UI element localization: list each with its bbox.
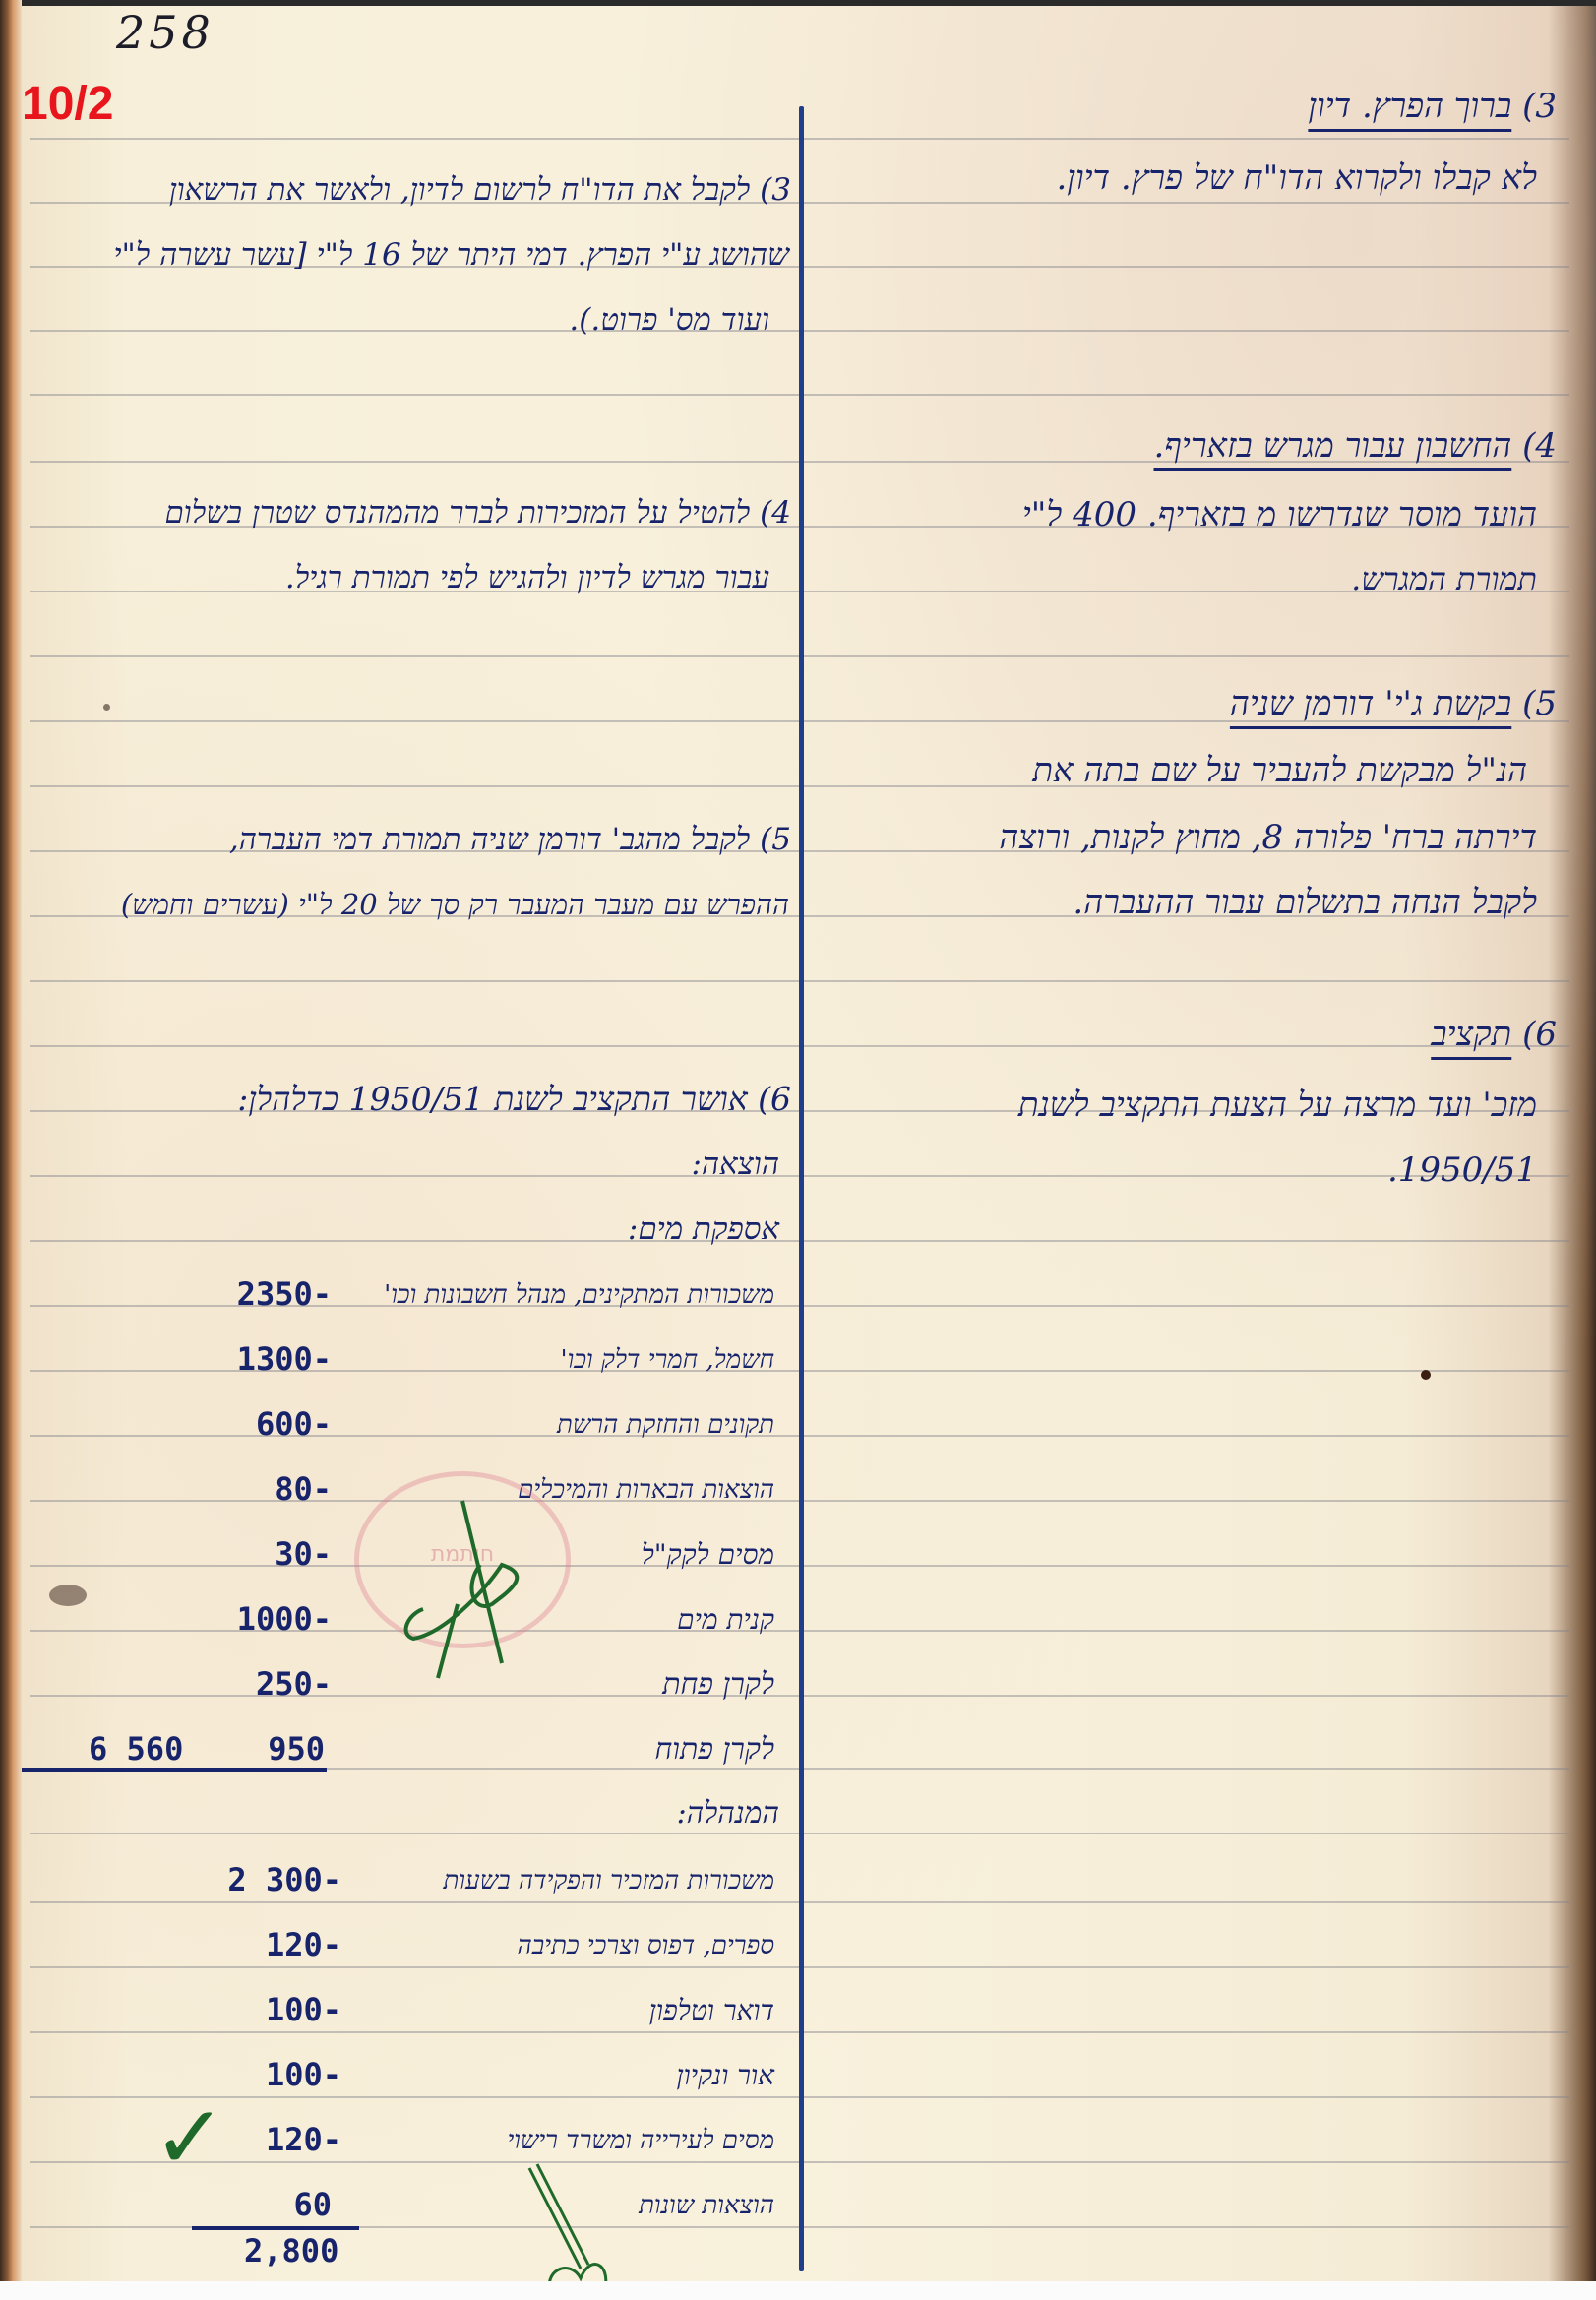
- ledger-page: 258 10/2 3) ברוך הפרץ. דיון לא קבלו ולקר…: [0, 0, 1596, 2300]
- item-number: 4: [771, 495, 791, 530]
- item-line: לא קבלו ולקרוא הדו"ח של פרץ. דיון.: [1056, 146, 1537, 211]
- budget-item-amount: 100-: [266, 1991, 341, 2028]
- budget-item-amount: 250-: [256, 1665, 332, 1703]
- item-number: 3: [1535, 87, 1557, 126]
- admin-total: 2,800: [244, 2232, 338, 2269]
- item-line: הועד מוסר שנדרשו מ בזאריף. 400 ל"י: [1022, 482, 1537, 547]
- decision-line: להטיל על המזכירות לברר מהמהנדס שטרן בשלו…: [164, 495, 750, 530]
- decision-line: שהושג ע"י הפרץ. דמי היתר של 16 ל"י [עשר …: [113, 222, 789, 287]
- budget-item-amount: 60: [293, 2186, 332, 2223]
- decision-4: 4) להטיל על המזכירות לברר מהמהנדס שטרן ב…: [164, 480, 791, 545]
- item-number: 3: [771, 172, 791, 208]
- admin-total-underline: [192, 2226, 359, 2230]
- budget-item-label: לקרן פחת: [662, 1652, 774, 1717]
- budget-item-amount: 600-: [256, 1405, 332, 1443]
- budget-item-amount: 2 300-: [227, 1861, 341, 1898]
- budget-category-water: אספקת מים:: [628, 1197, 779, 1262]
- budget-expense-label: הוצאה:: [691, 1132, 779, 1197]
- green-signature: [403, 1496, 561, 1693]
- column-divider: [799, 106, 804, 2271]
- budget-item-amount: 30-: [275, 1535, 332, 1573]
- agenda-item-3: 3) ברוך הפרץ. דיון: [1308, 74, 1557, 139]
- item-line: תמורת המגרש.: [1351, 546, 1537, 611]
- ink-dot: [103, 704, 110, 711]
- agenda-item-6: 6) תקציב: [1431, 1002, 1557, 1067]
- item-number: 4: [1535, 426, 1557, 466]
- page-number: 258: [116, 6, 215, 59]
- item-number: 6: [1535, 1015, 1557, 1054]
- budget-item-amount: 100-: [266, 2056, 341, 2093]
- item-heading: בקשת ג'י' דורמן שניה: [1230, 684, 1511, 723]
- budget-title: 6) אושר התקציב לשנת 1950/51 כדלהלן:: [237, 1067, 791, 1132]
- budget-item-label: קנית מים: [677, 1587, 774, 1652]
- item-line: דירתה ברח' פלורה 8, מחוץ לקנות, ורוצה: [999, 805, 1537, 870]
- budget-item-amount: 2350-: [237, 1275, 332, 1313]
- decision-5: 5) לקבל מהגב' דורמן שניה תמורת דמי העברה…: [229, 807, 791, 872]
- scan-bottom-edge: [0, 2281, 1596, 2300]
- budget-category-admin: המנהלה:: [677, 1781, 779, 1846]
- budget-item-amount: 120-: [266, 1926, 341, 1963]
- ink-stain: [49, 1585, 87, 1606]
- item-heading: תקציב: [1431, 1015, 1511, 1054]
- item-number: 5: [1535, 684, 1557, 723]
- item-line: 1950/51.: [1387, 1138, 1537, 1203]
- decision-line: עבור מגרש לדיון ולהגיש לפי תמורת רגיל.: [285, 545, 769, 610]
- decision-3: 3) לקבל את הדו"ח לרשום לדיון, ולאשר את ה…: [169, 157, 791, 222]
- budget-item-amount: 120-: [266, 2121, 341, 2158]
- budget-item-label: משכורות המתקינים, מנהל חשבונות וכו': [384, 1263, 774, 1328]
- page-binding-edge: [0, 0, 22, 2300]
- budget-item-amount: 950: [268, 1730, 325, 1768]
- scan-top-edge: [0, 0, 1596, 6]
- agenda-item-5: 5) בקשת ג'י' דורמן שניה: [1230, 671, 1557, 736]
- budget-item-amount: 1300-: [237, 1340, 332, 1378]
- water-subtotal: 6 560: [89, 1730, 183, 1768]
- budget-item-label: אור ונקיון: [676, 2043, 774, 2108]
- budget-item-label: ספרים, דפוס וצרכי כתיבה: [518, 1913, 775, 1978]
- budget-item-label: מסים לקק"ל: [642, 1523, 774, 1587]
- decision-line: ההפרש עם מעבר המעבר רק סך של 20 ל"י (עשר…: [121, 872, 789, 937]
- budget-item-label: תקונים והחזקת הרשת: [557, 1393, 774, 1458]
- decision-line: לקבל את הדו"ח לרשום לדיון, ולאשר את הרשא…: [169, 172, 750, 208]
- budget-item-label: הוצאות שונות: [639, 2173, 774, 2238]
- item-line: לקבל הנחה בתשלום עבור ההעברה.: [1073, 870, 1537, 935]
- budget-title-text: אושר התקציב לשנת 1950/51 כדלהלן:: [237, 1080, 747, 1118]
- item-heading: החשבון עבור מגרש בזאריף.: [1154, 426, 1512, 466]
- subtotal-underline: [22, 1768, 327, 1772]
- decision-line: לקבל מהגב' דורמן שניה תמורת דמי העברה,: [229, 822, 750, 857]
- budget-item-amount: 80-: [275, 1470, 332, 1508]
- budget-item-label: דואר וטלפון: [649, 1978, 774, 2043]
- item-line: הנ"ל מבקשת להעביר על שם בתה את: [1032, 738, 1527, 803]
- budget-item-label: חשמל, חמרי דלק וכו': [561, 1328, 774, 1393]
- item-line: מזכ' ועד מרצה על הצעת התקציב לשנת: [1018, 1073, 1537, 1138]
- item-number: 5: [771, 822, 791, 857]
- budget-item-amount: 1000-: [237, 1600, 332, 1638]
- budget-item-label: משכורות המזכיר והפקידה בשעות: [443, 1848, 774, 1913]
- decision-line: ועוד מס' פרוט.).: [569, 287, 769, 352]
- item-heading: ברוך הפרץ. דיון: [1308, 87, 1511, 126]
- check-mark-icon: ✓: [153, 2086, 226, 2190]
- ink-dot: [1421, 1370, 1431, 1380]
- date-label: 10/2: [22, 77, 113, 131]
- agenda-item-4: 4) החשבון עבור מגרש בזאריף.: [1154, 413, 1558, 478]
- green-pen-mark: [512, 2160, 620, 2300]
- budget-item-label: לקרן פתוח: [655, 1717, 774, 1782]
- item-number: 6: [770, 1080, 791, 1118]
